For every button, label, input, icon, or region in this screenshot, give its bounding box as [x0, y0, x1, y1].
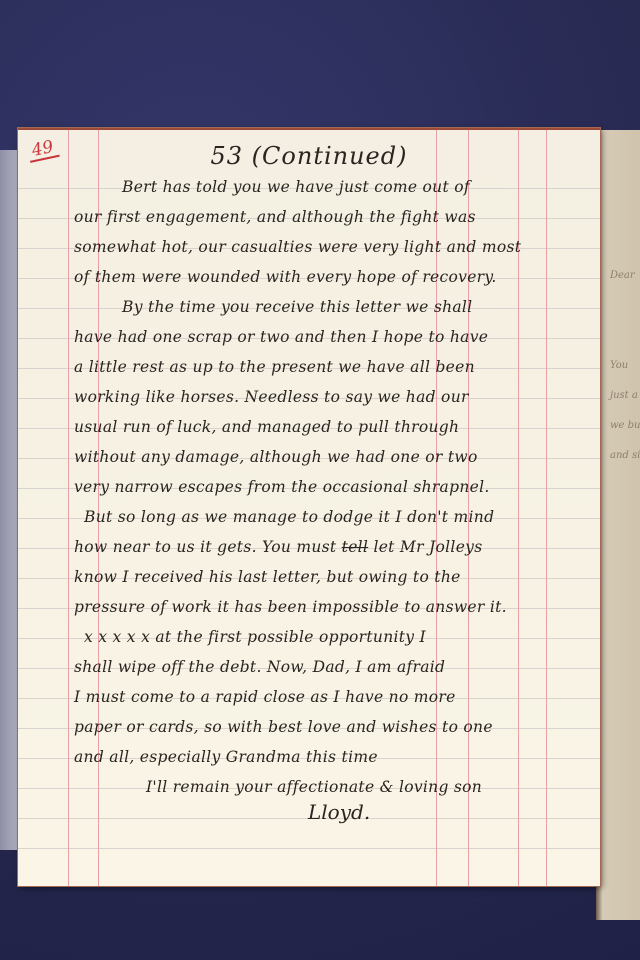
letter-line: I must come to a rapid close as I have n…	[74, 682, 580, 712]
adjacent-page-right: Dear You just a we bu and si	[596, 130, 640, 920]
ghost-text: we bu	[610, 420, 640, 431]
letter-line: of them were wounded with every hope of …	[74, 262, 580, 292]
letter-line: very narrow escapes from the occasional …	[74, 472, 580, 502]
letter-line-text: how near to us it gets. You must	[74, 538, 336, 556]
letter-line: usual run of luck, and managed to pull t…	[74, 412, 580, 442]
letter-line: a little rest as up to the present we ha…	[74, 352, 580, 382]
ghost-text: just a	[610, 390, 638, 401]
letter-line-text: let Mr Jolleys	[373, 538, 482, 556]
signature: Lloyd.	[308, 800, 370, 824]
letter-line: pressure of work it has been impossible …	[74, 592, 580, 622]
letter-page: 49 53 (Continued) Bert has told you we h…	[18, 128, 600, 886]
letter-line: But so long as we manage to dodge it I d…	[74, 502, 580, 532]
letter-line: paper or cards, so with best love and wi…	[74, 712, 580, 742]
letter-line: By the time you receive this letter we s…	[74, 292, 580, 322]
letter-line: have had one scrap or two and then I hop…	[74, 322, 580, 352]
letter-line: working like horses. Needless to say we …	[74, 382, 580, 412]
letter-line: without any damage, although we had one …	[74, 442, 580, 472]
closing-spacer-2	[74, 742, 580, 772]
letter-line: somewhat hot, our casualties were very l…	[74, 232, 580, 262]
letter-line: our first engagement, and although the f…	[74, 202, 580, 232]
letter-line: Bert has told you we have just come out …	[74, 172, 580, 202]
closing-line: I'll remain your affectionate & loving s…	[74, 772, 580, 802]
letter-line: how near to us it gets. You must tell le…	[74, 532, 580, 562]
letter-line: shall wipe off the debt. Now, Dad, I am …	[74, 652, 580, 682]
ghost-text: and si	[610, 450, 640, 461]
letter-line: know I received his last letter, but owi…	[74, 562, 580, 592]
struck-word: tell	[342, 538, 369, 556]
ghost-text: Dear	[610, 270, 635, 281]
letter-heading: 53 (Continued)	[18, 142, 600, 170]
ghost-text: You	[610, 360, 628, 371]
letter-line: x x x x x at the first possible opportun…	[74, 622, 580, 652]
